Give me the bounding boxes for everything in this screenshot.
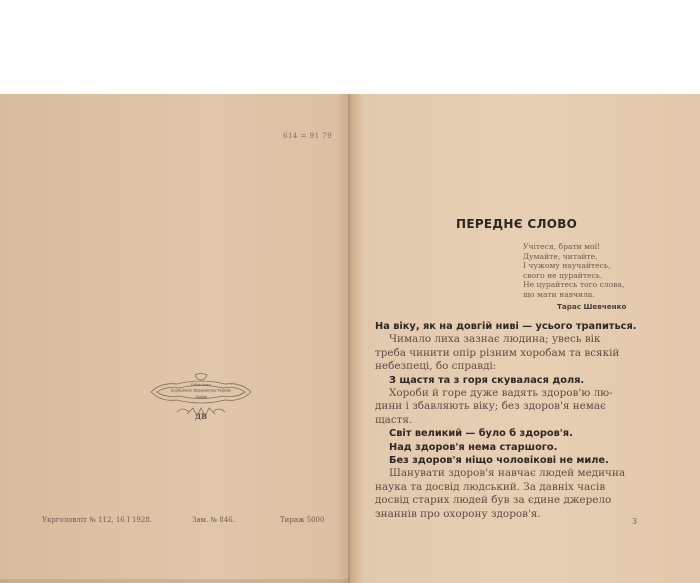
text-line: знаннів про охорону здоров'я. — [375, 508, 665, 521]
epigraph-line: Не цурайтесь того слова, — [523, 280, 624, 290]
classification-code: 614 = 91 79 — [283, 132, 332, 140]
epigraph-line: що мати навчила. — [523, 290, 624, 300]
proverb-line: З щастя та з горя скувалася доля. — [375, 374, 665, 387]
right-page: ПЕРЕДНЄ СЛОВО Учітеся, брати мої! Думайт… — [350, 94, 700, 583]
imprint-printer: Укрголовліт № 112, 16 I 1928. — [42, 516, 152, 524]
epigraph-line: І чужому научайтесь, — [523, 261, 624, 271]
text-line: Чимало лиха зазнає людина; увесь вік — [375, 333, 665, 346]
epigraph-line: Думайте, читайте. — [523, 252, 624, 262]
epigraph: Учітеся, брати мої! Думайте, читайте. І … — [523, 242, 624, 300]
epigraph-author: Тарас Шевченко — [557, 302, 626, 311]
book-spread: 614 = 91 79 Бібліотека Державного Видавн… — [0, 94, 700, 583]
page-number: 3 — [632, 517, 637, 526]
proverb-line: Світ великий — було б здоров'я. — [375, 427, 665, 440]
svg-text:Бібліотека: Бібліотека — [191, 383, 212, 387]
svg-text:Харків: Харків — [195, 395, 206, 399]
imprint-print-run: Тираж 5000 — [280, 516, 324, 524]
text-line: щастя. — [375, 414, 665, 427]
text-line: дини і збавляють віку; без здоров'я нема… — [375, 400, 665, 413]
epigraph-line: свого не цурайтесь. — [523, 271, 624, 281]
text-line: Шанувати здоров'я навчає людей медична — [375, 467, 665, 480]
text-line: небезпеці, бо справді: — [375, 360, 665, 373]
body-text: На віку, як на довгій ниві — усього трап… — [375, 320, 665, 521]
svg-text:ДВ: ДВ — [195, 412, 207, 421]
page-title: ПЕРЕДНЄ СЛОВО — [456, 217, 577, 231]
text-line: Хороби й горе дуже вадять здоров'ю лю- — [375, 387, 665, 400]
proverb-line: На віку, як на довгій ниві — усього трап… — [375, 320, 665, 333]
svg-text:Державного Видавництва України: Державного Видавництва України — [171, 389, 232, 393]
imprint-order: Зам. № 846. — [192, 516, 235, 524]
proverb-line: Без здоров'я ніщо чоловікові не миле. — [375, 454, 665, 467]
text-line: досвід старих людей був за єдине джерело — [375, 494, 665, 507]
text-line: треба чинити опір різним хоробам та всяк… — [375, 347, 665, 360]
library-stamp-icon: Бібліотека Державного Видавництва Україн… — [147, 372, 255, 422]
left-page: 614 = 91 79 Бібліотека Державного Видавн… — [0, 94, 350, 583]
text-line: наука та досвід людський. За давніх часі… — [375, 481, 665, 494]
epigraph-line: Учітеся, брати мої! — [523, 242, 624, 252]
proverb-line: Над здоров'я нема старшого. — [375, 441, 665, 454]
